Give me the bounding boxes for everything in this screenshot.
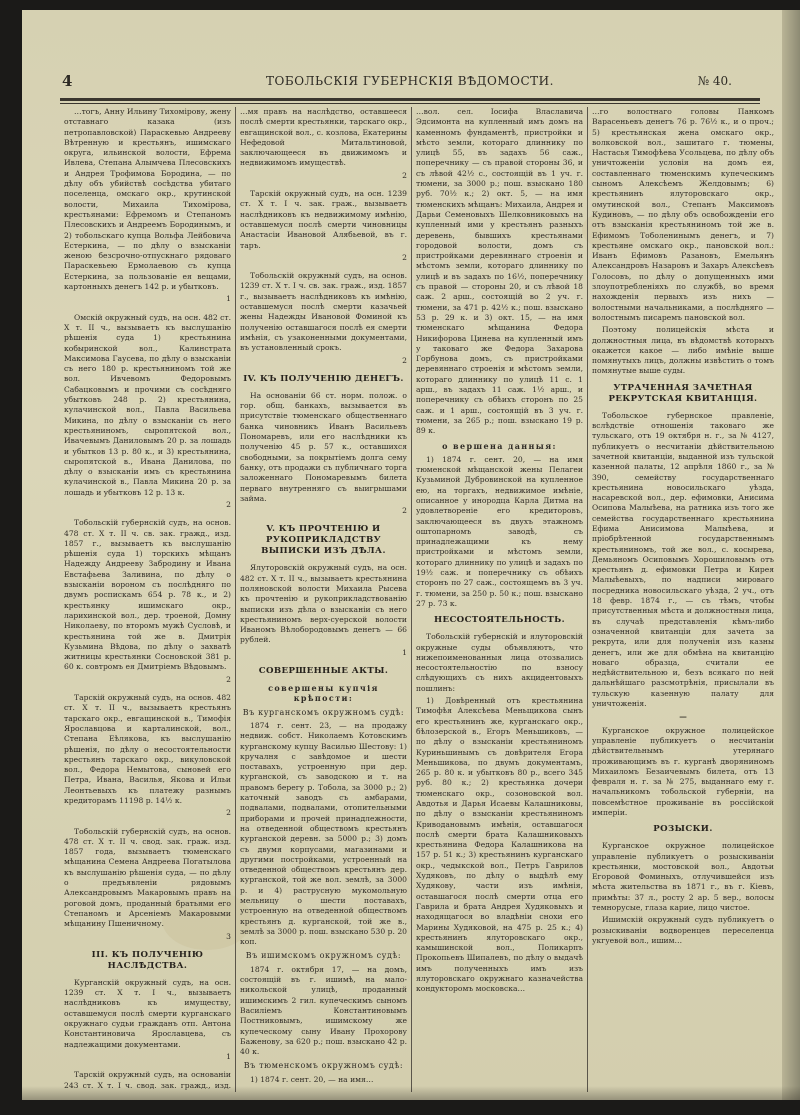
paragraph: …вол. сел. Іосифа Влаславича Эдсимонта н… bbox=[416, 107, 583, 437]
paragraph: Курганскій окружный судъ, на осн. 1239 с… bbox=[64, 978, 231, 1050]
paragraph: Тарскій окружный судъ, на осн. 1239 ст. … bbox=[240, 189, 407, 251]
paragraph: Курганское окружное полицейское управлен… bbox=[592, 841, 774, 913]
issue-number: № 40. bbox=[698, 74, 732, 88]
section-heading: III. КЪ ПОЛУЧЕНІЮ НАСЛѢДСТВА. bbox=[64, 950, 231, 972]
paragraph: 1) Довѣренный отъ крестьянина Тимофѣя Ал… bbox=[416, 696, 583, 995]
paragraph: Тобольскій губернскій судъ, на основ. 47… bbox=[64, 518, 231, 672]
subsection-heading: о вершена данныя: bbox=[416, 441, 583, 451]
paragraph: 1874 г. октября 17, — на домъ, состоящій… bbox=[240, 965, 407, 1058]
paragraph: Тобольскій губернскій и ялуторовскій окр… bbox=[416, 632, 583, 694]
paragraph: 1) 1874 г. сент. 20, — на имя… bbox=[240, 1075, 407, 1085]
separator-dash: — bbox=[592, 712, 774, 722]
column-3: …вол. сел. Іосифа Влаславича Эдсимонта н… bbox=[412, 107, 588, 1092]
text-columns: …тогъ, Анну Ильину Тихомірову, жену отст… bbox=[60, 107, 778, 1092]
header-rule bbox=[60, 98, 760, 101]
court-heading: Въ тюменскомъ окружномъ судѣ: bbox=[240, 1061, 407, 1071]
section-heading: УТРАЧЕННАЯ ЗАЧЕТНАЯ РЕКРУТСКАЯ КВИТАНЦІЯ… bbox=[592, 383, 774, 405]
section-heading: V. КЪ ПРОЧТЕНІЮ И РУКОПРИКЛАДСТВУ ВЫПИСК… bbox=[240, 524, 407, 557]
paragraph: Тобольскій окружный судъ, на основ. 1239… bbox=[240, 271, 407, 353]
paragraph: …го волостнаго головы Панкомъ Варасеньев… bbox=[592, 107, 774, 323]
paragraph-marker: 2 bbox=[240, 506, 407, 516]
section-heading: РОЗЫСКИ. bbox=[592, 824, 774, 835]
court-heading: Въ курганскомъ окружномъ судѣ: bbox=[240, 708, 407, 718]
paragraph: Ишимскій окружный судъ публикуетъ о розы… bbox=[592, 915, 774, 946]
newspaper-page: 4 ТОБОЛЬСКІЯ ГУБЕРНСКІЯ ВѢДОМОСТИ. № 40.… bbox=[22, 10, 800, 1100]
paragraph-marker: 2 bbox=[240, 356, 407, 366]
paragraph-marker: 1 bbox=[240, 648, 407, 658]
column-2: …мя правъ на наслѣдство, оставшееся посл… bbox=[236, 107, 412, 1092]
paragraph-marker: 1 bbox=[64, 294, 231, 304]
paragraph: Тобольскій губернскій судъ, на основ. 47… bbox=[64, 827, 231, 930]
page-shadow bbox=[22, 1086, 800, 1100]
section-heading: IV. КЪ ПОЛУЧЕНІЮ ДЕНЕГЪ. bbox=[240, 374, 407, 385]
paragraph: …тогъ, Анну Ильину Тихомірову, жену отст… bbox=[64, 107, 231, 292]
column-1: …тогъ, Анну Ильину Тихомірову, жену отст… bbox=[60, 107, 236, 1092]
paragraph: 1) 1874 г. сент. 20, — на имя тюменской … bbox=[416, 455, 583, 609]
paragraph: 1874 г. сент. 23, — на продажу недвиж. с… bbox=[240, 721, 407, 948]
paragraph: На основаніи 66 ст. норм. полож. о гор. … bbox=[240, 391, 407, 504]
column-4: …го волостнаго головы Панкомъ Варасеньев… bbox=[588, 107, 778, 1092]
section-heading: НЕСОСТОЯТЕЛЬНОСТЬ. bbox=[416, 615, 583, 626]
paragraph-marker: 2 bbox=[240, 253, 407, 263]
paragraph: Тарскій окружный судъ, на основ. 482 ст.… bbox=[64, 693, 231, 806]
paragraph-marker: 2 bbox=[64, 500, 231, 510]
paragraph: Поэтому полицейскія мѣста и должностныя … bbox=[592, 325, 774, 376]
paragraph: Тобольское губернское правленіе, вслѣдст… bbox=[592, 411, 774, 710]
header-rule-thin bbox=[60, 103, 760, 104]
paragraph: Курганское окружное полицейское управлен… bbox=[592, 726, 774, 819]
section-heading: СОВЕРШЕННЫЕ АКТЫ. bbox=[240, 666, 407, 677]
paragraph: Омскій окружный судъ, на осн. 482 ст. X … bbox=[64, 313, 231, 498]
paragraph-marker: 3 bbox=[64, 932, 231, 942]
newspaper-title: ТОБОЛЬСКІЯ ГУБЕРНСКІЯ ВѢДОМОСТИ. bbox=[40, 74, 780, 88]
binding-edge bbox=[782, 10, 800, 1100]
page-header: 4 ТОБОЛЬСКІЯ ГУБЕРНСКІЯ ВѢДОМОСТИ. № 40. bbox=[40, 72, 780, 92]
subsection-heading: совершены купчія крѣпости: bbox=[240, 683, 407, 704]
paragraph-marker: 2 bbox=[64, 808, 231, 818]
paragraph: Ялуторовскій окружный судъ, на осн. 482 … bbox=[240, 563, 407, 645]
court-heading: Въ ишимскомъ окружномъ судѣ: bbox=[240, 951, 407, 961]
paragraph: …мя правъ на наслѣдство, оставшееся посл… bbox=[240, 107, 407, 169]
paragraph-marker: 2 bbox=[64, 675, 231, 685]
paragraph-marker: 2 bbox=[240, 171, 407, 181]
paragraph-marker: 1 bbox=[64, 1052, 231, 1062]
